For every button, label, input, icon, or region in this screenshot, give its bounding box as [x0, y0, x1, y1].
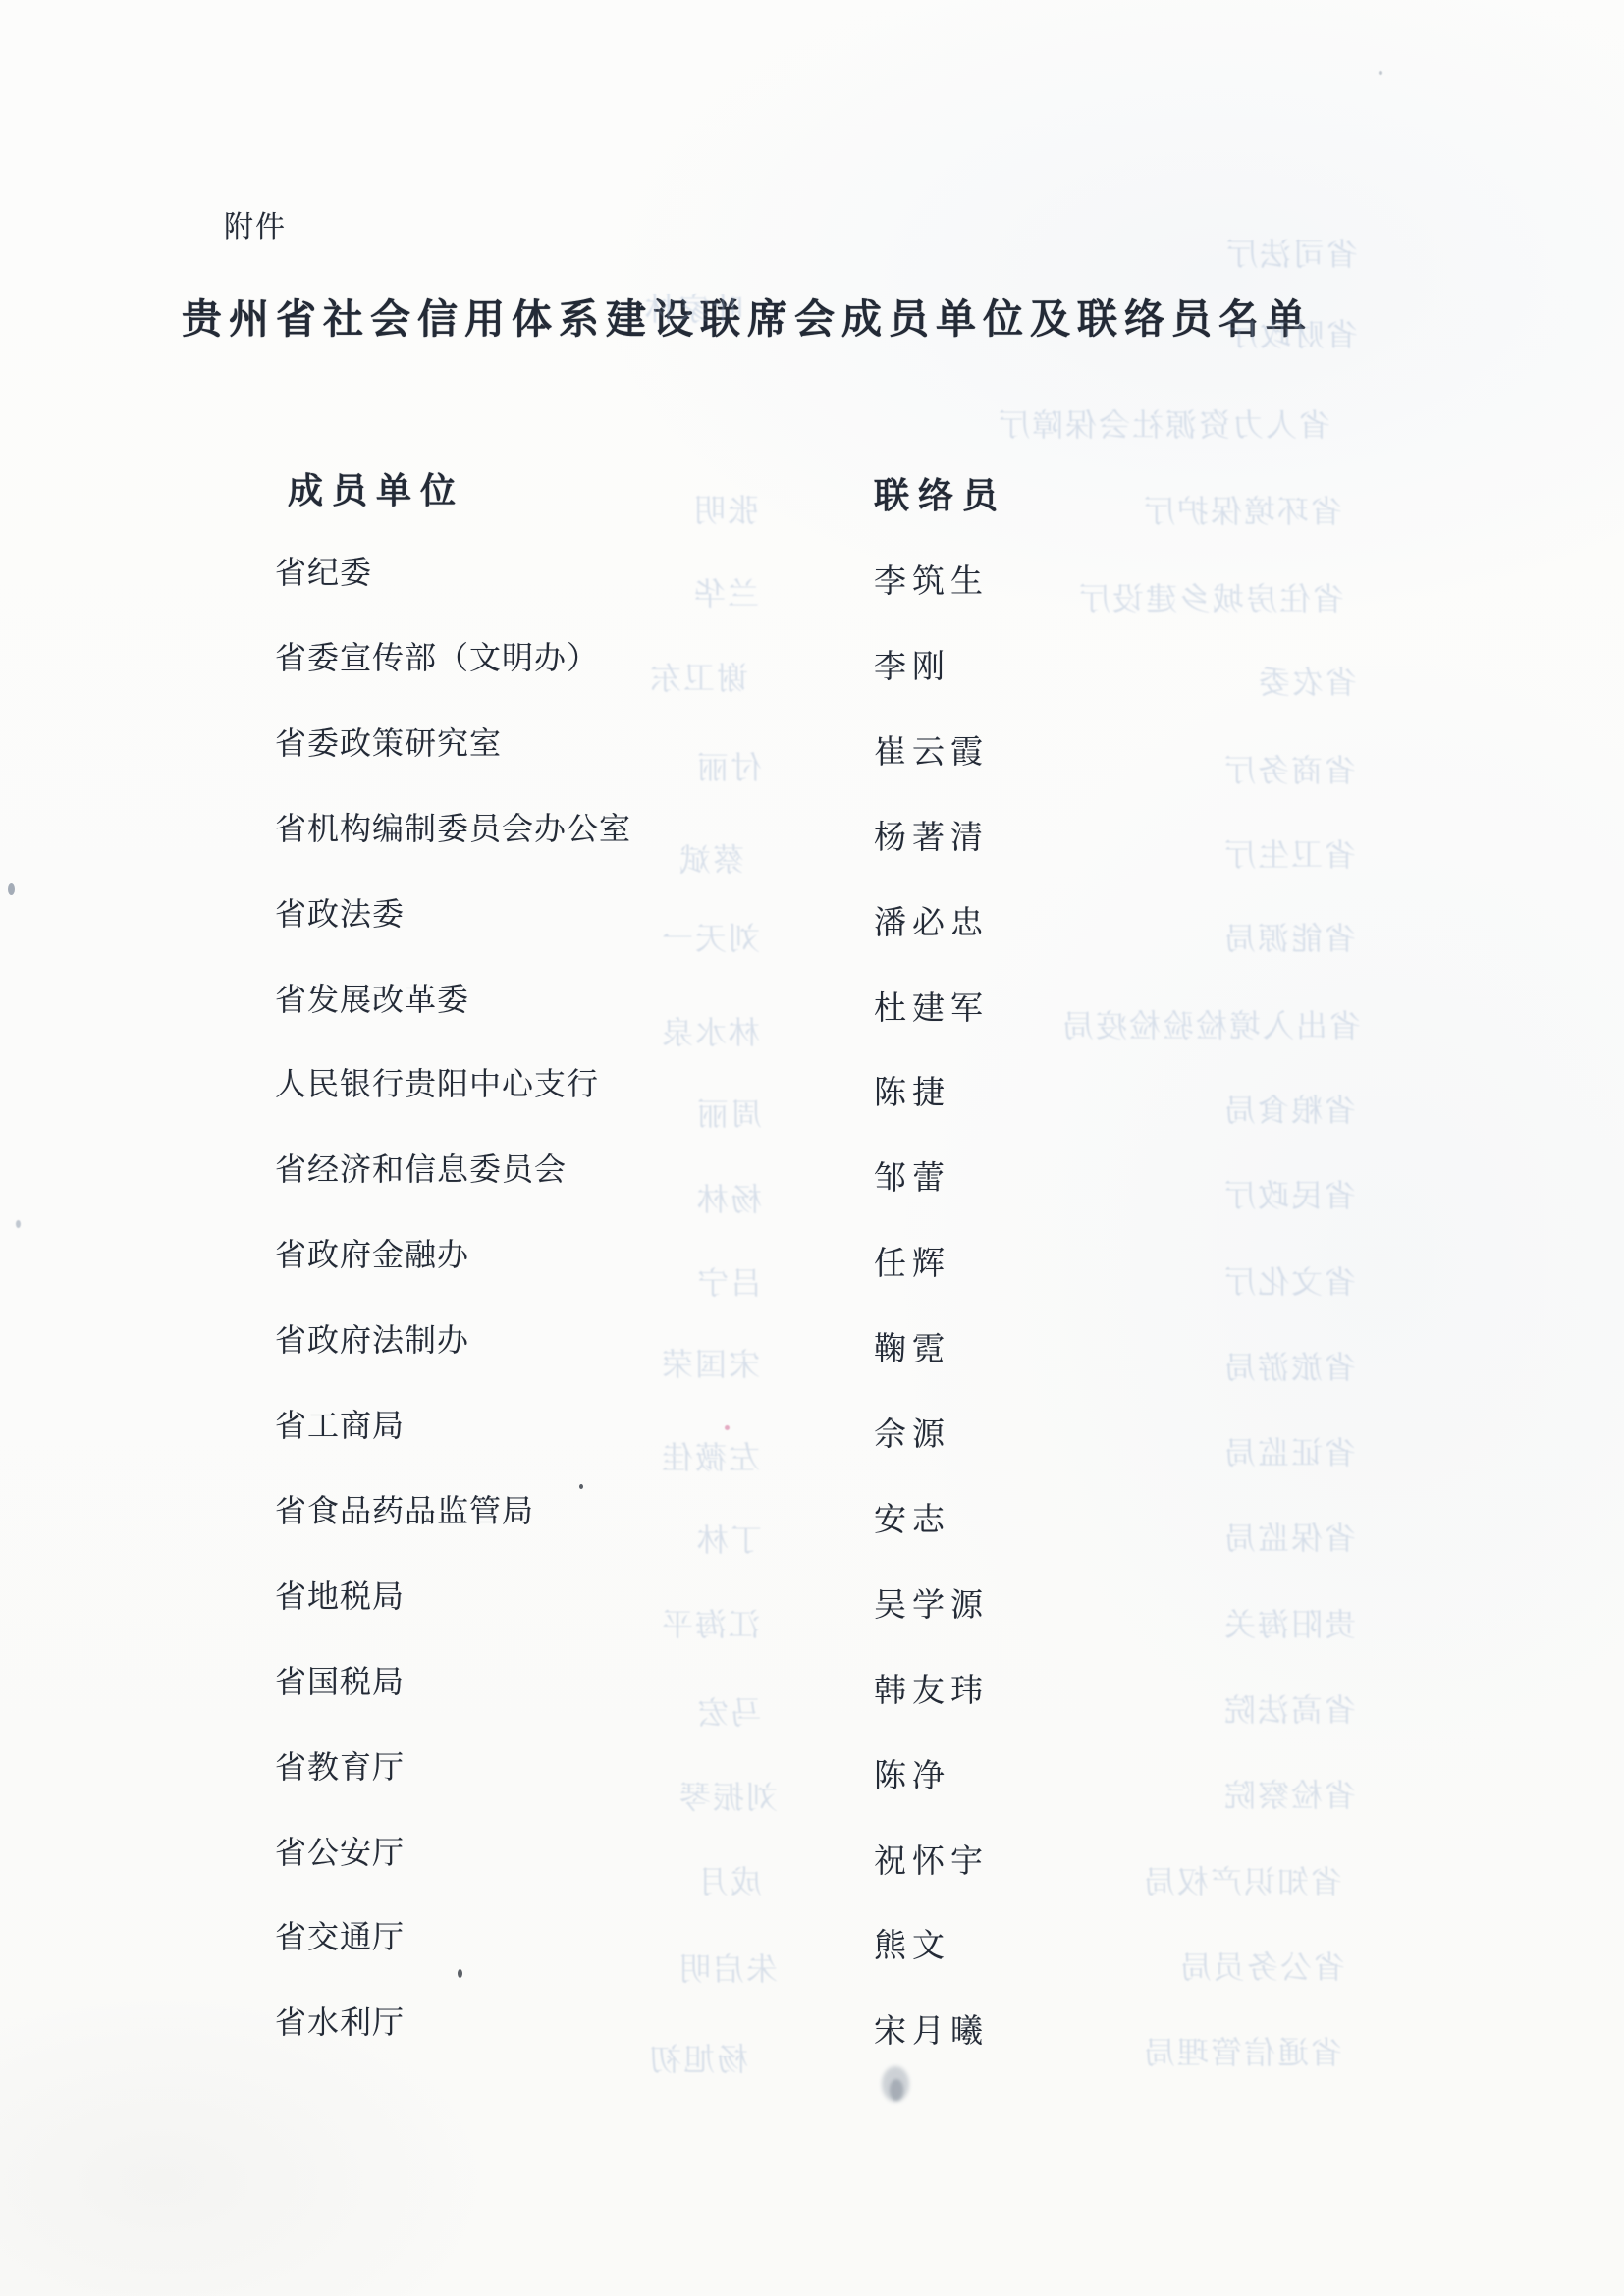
member-unit-cell: 人民银行贵阳中心支行 — [275, 1068, 599, 1099]
scan-speck — [882, 2066, 909, 2102]
bleedthrough-unit-ghost: 省能源局 — [1222, 923, 1356, 954]
member-unit-cell: 省发展改革委 — [275, 984, 469, 1015]
bleedthrough-unit-ghost: 贵阳海关 — [1222, 1609, 1356, 1640]
member-unit-cell: 省政法委 — [275, 898, 405, 930]
liaison-cell: 任辉 — [874, 1249, 950, 1281]
bleedthrough-unit-ghost: 省出入境检验检疫局 — [1060, 1010, 1361, 1041]
liaison-cell: 杨著清 — [874, 823, 989, 855]
scanned-document-page: 附件 贵州省社会信用体系建设联席会成员单位及联络员名单 成员单位 联络员 省纪委… — [0, 0, 1624, 2296]
bleedthrough-name-ghost: 宋国荣 — [660, 1349, 760, 1380]
bleedthrough-unit-ghost: 省通信管理局 — [1142, 2037, 1342, 2068]
bleedthrough-name-ghost: 马宏 — [695, 1697, 762, 1729]
bleedthrough-unit-ghost: 省证监局 — [1222, 1437, 1356, 1468]
bleedthrough-unit-ghost: 省高法院 — [1222, 1694, 1356, 1726]
attachment-label: 附件 — [224, 213, 287, 242]
member-unit-cell: 省委宣传部（文明办） — [275, 642, 599, 673]
liaison-cell: 祝怀宇 — [874, 1846, 989, 1879]
member-unit-cell: 省国税局 — [275, 1666, 405, 1697]
member-unit-cell: 省地税局 — [275, 1580, 405, 1612]
member-unit-cell: 省教育厅 — [275, 1751, 405, 1783]
member-unit-cell: 省食品药品监管局 — [275, 1495, 534, 1526]
scan-speck — [458, 1969, 462, 1978]
bleedthrough-name-ghost: 丁林 — [695, 1524, 762, 1556]
bleedthrough-name-ghost: 刘振琴 — [677, 1782, 778, 1813]
member-unit-cell: 省政府金融办 — [275, 1239, 469, 1270]
liaison-cell: 安志 — [874, 1505, 950, 1537]
bleedthrough-unit-ghost: 省环境保护厅 — [1142, 496, 1342, 527]
bleedthrough-unit-ghost: 省保监局 — [1222, 1522, 1356, 1554]
bleedthrough-name-ghost: 吕宁 — [695, 1267, 762, 1299]
scan-speck — [1379, 71, 1382, 75]
bleedthrough-name-ghost: 蔡斌 — [677, 844, 744, 876]
liaison-cell: 杜建军 — [874, 993, 989, 1026]
member-unit-cell: 省工商局 — [275, 1410, 405, 1441]
liaison-cell: 邹蕾 — [874, 1163, 950, 1196]
bleedthrough-name-ghost: 杨旭初 — [648, 2044, 748, 2075]
scan-speck — [725, 1425, 730, 1430]
bleedthrough-name-ghost: 杨林 — [695, 1184, 762, 1215]
liaison-cell: 韩友玮 — [874, 1676, 989, 1708]
bleedthrough-name-ghost: 张明 — [692, 495, 759, 526]
bleedthrough-unit-ghost: 省检察院 — [1222, 1780, 1356, 1811]
bleedthrough-name-ghost: 谢卫东 — [648, 663, 748, 694]
member-unit-cell: 省经济和信息委员会 — [275, 1153, 567, 1185]
liaison-cell: 崔云霞 — [874, 737, 989, 770]
bleedthrough-unit-ghost: 省卫生厅 — [1222, 839, 1356, 871]
bleedthrough-name-ghost: 刘天一 — [660, 923, 760, 954]
liaison-cell: 吴学源 — [874, 1590, 989, 1623]
bleedthrough-unit-ghost: 省公务员局 — [1178, 1951, 1345, 1983]
bleedthrough-name-ghost: 成月 — [695, 1866, 762, 1897]
scan-speck — [579, 1484, 583, 1489]
liaison-cell: 李筑生 — [874, 566, 989, 599]
member-unit-cell: 省纪委 — [275, 557, 372, 588]
scan-speck — [890, 2079, 903, 2101]
scan-speck — [8, 883, 15, 895]
liaison-cell: 佘源 — [874, 1419, 950, 1452]
bleedthrough-unit-ghost: 省民政厅 — [1222, 1180, 1356, 1211]
bleedthrough-name-ghost: 林水泉 — [660, 1017, 760, 1048]
bleedthrough-unit-ghost: 省人力资源社会保障厅 — [997, 409, 1330, 441]
bleedthrough-name-ghost: 付丽 — [695, 752, 762, 783]
bleedthrough-unit-ghost: 省旅游局 — [1222, 1352, 1356, 1383]
bleedthrough-unit-ghost: 省知识产权局 — [1142, 1866, 1342, 1897]
liaison-cell: 李刚 — [874, 652, 950, 684]
bleedthrough-name-ghost: 朱启明 — [677, 1953, 778, 1985]
liaison-cell: 鞠霓 — [874, 1334, 950, 1366]
liaison-cell: 陈捷 — [874, 1078, 950, 1110]
liaison-cell: 熊文 — [874, 1931, 950, 1963]
bleedthrough-unit-ghost: 省商务厅 — [1222, 755, 1356, 786]
bleedthrough-name-ghost: 兰华 — [692, 578, 759, 610]
member-unit-cell: 省政府法制办 — [275, 1324, 469, 1356]
bleedthrough-name-ghost: 周丽 — [695, 1098, 762, 1130]
bleedthrough-unit-ghost: 省粮食局 — [1222, 1095, 1356, 1126]
member-unit-cell: 省水利厅 — [275, 2006, 405, 2038]
page-title: 贵州省社会信用体系建设联席会成员单位及联络员名单 — [182, 299, 1313, 340]
liaison-cell: 潘必忠 — [874, 908, 989, 940]
column-header-liaison: 联络员 — [874, 478, 1006, 513]
column-header-member-unit: 成员单位 — [288, 473, 464, 508]
liaison-cell: 宋月曦 — [874, 2016, 989, 2049]
liaison-cell: 陈净 — [874, 1761, 950, 1793]
bleedthrough-unit-ghost: 省农委 — [1257, 667, 1357, 698]
bleedthrough-name-ghost: 左薇佳 — [660, 1442, 760, 1473]
member-unit-cell: 省委政策研究室 — [275, 727, 502, 759]
scan-speck — [16, 1220, 21, 1228]
bleedthrough-unit-ghost: 省司法厅 — [1224, 239, 1358, 270]
bleedthrough-unit-ghost: 省文化厅 — [1222, 1266, 1356, 1298]
bleedthrough-name-ghost: 江海平 — [660, 1609, 760, 1640]
bleedthrough-unit-ghost: 省住房城乡建设厅 — [1077, 583, 1344, 614]
member-unit-cell: 省交通厅 — [275, 1921, 405, 1952]
member-unit-cell: 省公安厅 — [275, 1837, 405, 1868]
member-unit-cell: 省机构编制委员会办公室 — [275, 813, 631, 844]
